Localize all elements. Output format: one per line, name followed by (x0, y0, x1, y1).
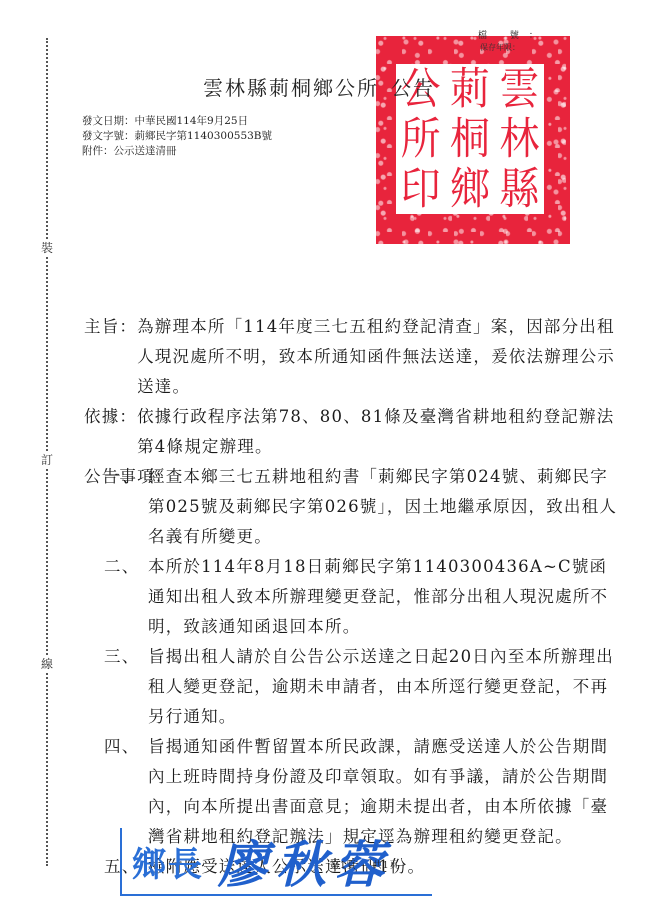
page-current: 第1頁 (330, 861, 357, 871)
seal-char: 莿 (445, 62, 494, 117)
seal-char: 印 (396, 162, 445, 217)
seal-char: 鄉 (445, 162, 494, 217)
file-number-label: 檔 號： (478, 28, 548, 41)
seal-char: 雲 (495, 62, 544, 117)
official-seal: 雲 林 縣 莿 桐 鄉 公 所 印 (376, 36, 570, 244)
binding-char-zhuang: 裝 (39, 240, 55, 256)
issue-date: 發文日期：中華民國114年9月25日 (82, 114, 272, 129)
document-type: 公告 (391, 76, 435, 100)
item-text: 本所於114年8月18日莿鄉民字第1140300436A~C號函通知出租人致本所… (148, 552, 624, 642)
subject-label: 主旨： (84, 312, 137, 402)
item-text: 經查本鄉三七五耕地租約書「莿鄉民字第024號、莿鄉民字第025號及莿鄉民字第02… (148, 462, 624, 552)
page-total: 共1頁 (373, 861, 400, 871)
item-text: 旨揭出租人請於自公告公示送達之日起20日內至本所辦理出租人變更登記，逾期未申請者… (148, 642, 624, 732)
item-number: 二、 (104, 552, 148, 642)
seal-char: 縣 (495, 162, 544, 217)
subject-text: 為辦理本所「114年度三七五租約登記清查」案，因部分出租人現況處所不明，致本所通… (137, 312, 624, 402)
page-indicator: 第1頁共1頁 (330, 858, 399, 871)
basis-paragraph: 依據： 依據行政程序法第78、80、81條及臺灣省耕地租約登記辦法第4條規定辦理… (84, 402, 624, 462)
notice-item: 一、 經查本鄉三七五耕地租約書「莿鄉民字第024號、莿鄉民字第025號及莿鄉民字… (104, 462, 624, 552)
agency-name: 雲林縣莿桐鄉公所 (203, 76, 379, 100)
seal-char: 桐 (445, 112, 494, 167)
notice-items: 一、 經查本鄉三七五耕地租約書「莿鄉民字第024號、莿鄉民字第025號及莿鄉民字… (104, 462, 624, 882)
attachment: 附件：公示送達清冊 (82, 144, 272, 159)
seal-char: 所 (396, 112, 445, 167)
seal-char: 林 (495, 112, 544, 167)
item-number: 三、 (104, 642, 148, 732)
signatory-title: 鄉長 (132, 837, 204, 886)
retention-period-label: 保存年限： (480, 42, 520, 53)
subject-paragraph: 主旨： 為辦理本所「114年度三七五租約登記清查」案，因部分出租人現況處所不明，… (84, 312, 624, 402)
document-meta: 發文日期：中華民國114年9月25日 發文字號：莿鄉民字第1140300553B… (82, 114, 272, 159)
basis-text: 依據行政程序法第78、80、81條及臺灣省耕地租約登記辦法第4條規定辦理。 (137, 402, 624, 462)
binding-char-ding: 訂 (39, 452, 55, 468)
document-title: 雲林縣莿桐鄉公所公告 (203, 72, 435, 101)
document-number: 發文字號：莿鄉民字第1140300553B號 (82, 129, 272, 144)
notice-item: 三、 旨揭出租人請於自公告公示送達之日起20日內至本所辦理出租人變更登記，逾期未… (104, 642, 624, 732)
binding-char-xian: 線 (39, 656, 55, 672)
item-number: 一、 (104, 462, 148, 552)
notice-item: 二、 本所於114年8月18日莿鄉民字第1140300436A~C號函通知出租人… (104, 552, 624, 642)
basis-label: 依據： (84, 402, 137, 462)
